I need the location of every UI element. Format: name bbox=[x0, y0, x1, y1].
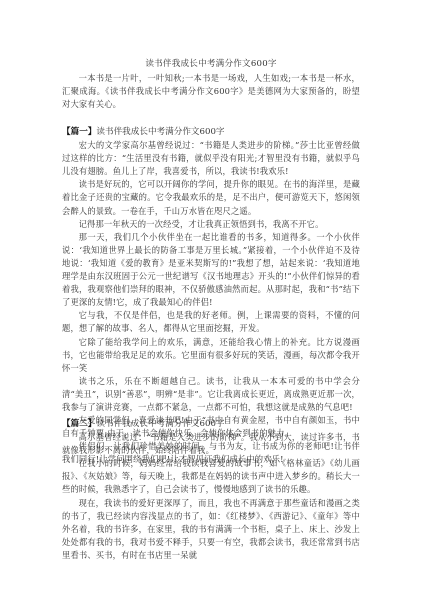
section-title: 读书伴我成长中考满分作文600字 bbox=[96, 419, 224, 429]
section-two: 【篇二】读书伴我成长中考满分作文600字 高尔基曾经说过：“书籍是人类进步的阶梯… bbox=[62, 418, 360, 562]
paragraph: 读书是好玩的，它可以开阔你的学问，提升你的眼见。在书的海洋里，是藏着比金子还贵的… bbox=[62, 178, 360, 217]
paragraph: 它与我，不仅是伴侣，也是我的好老师。例，上课需要的资料，不懂的问题，想了解的故事… bbox=[62, 309, 360, 335]
intro-paragraph: 一本书是一片叶，一叶知秋;一本书是一场戏，人生如戏;一本书是一杯水，汇聚成海。《… bbox=[62, 72, 360, 111]
document-title: 读书伴我成长中考满分作文600字 bbox=[62, 57, 360, 69]
section-heading: 【篇二】读书伴我成长中考满分作文600字 bbox=[62, 418, 360, 431]
paragraph: 读书之乐，乐在不断超越自己。读书，让我从一本本可爱的书中学会分清“美丑”，识别“… bbox=[62, 375, 360, 414]
section-tag: 【篇一】 bbox=[62, 127, 96, 137]
paragraph: 在我小的时候，妈妈经常给我读我喜爱的故事书，如《格林童话》《幼儿画报》、《灰姑娘… bbox=[62, 457, 360, 496]
paragraph: 那一天，我们几个小伙伴坐在一起比谁看的书多，知道得多。一个小伙伴说：‘我知道世界… bbox=[62, 231, 360, 310]
section-tag: 【篇二】 bbox=[62, 419, 96, 429]
paragraph: 它除了能给我学问上的欢乐，满意，还能给我心情上的补充。比方说漫画书，它也能带给我… bbox=[62, 336, 360, 375]
paragraph: 宏大的文学家高尔基曾经说过：“书籍是人类进步的阶梯。”莎士比亚曾经做过这样的比方… bbox=[62, 139, 360, 178]
section-title: 读书伴我成长中考满分作文600字 bbox=[96, 127, 224, 137]
section-heading: 【篇一】读书伴我成长中考满分作文600字 bbox=[62, 126, 360, 139]
section-one: 【篇一】读书伴我成长中考满分作文600字 宏大的文学家高尔基曾经说过：“书籍是人… bbox=[62, 126, 360, 466]
paragraph: 高尔基曾经说过：“书籍是人类进步的阶梯”。我从小到大，读过许多书，书就像我形影不… bbox=[62, 431, 360, 457]
paragraph: 现在，我读书的爱好更深厚了，而且，我也不再满意于那些童话和漫画之类的书了，我已经… bbox=[62, 497, 360, 562]
paragraph: 记得那一年秋天的一次经受，才让我真正领悟到书，我离不开它。 bbox=[62, 218, 360, 231]
intro-block: 一本书是一片叶，一叶知秋;一本书是一场戏，人生如戏;一本书是一杯水，汇聚成海。《… bbox=[62, 72, 360, 111]
